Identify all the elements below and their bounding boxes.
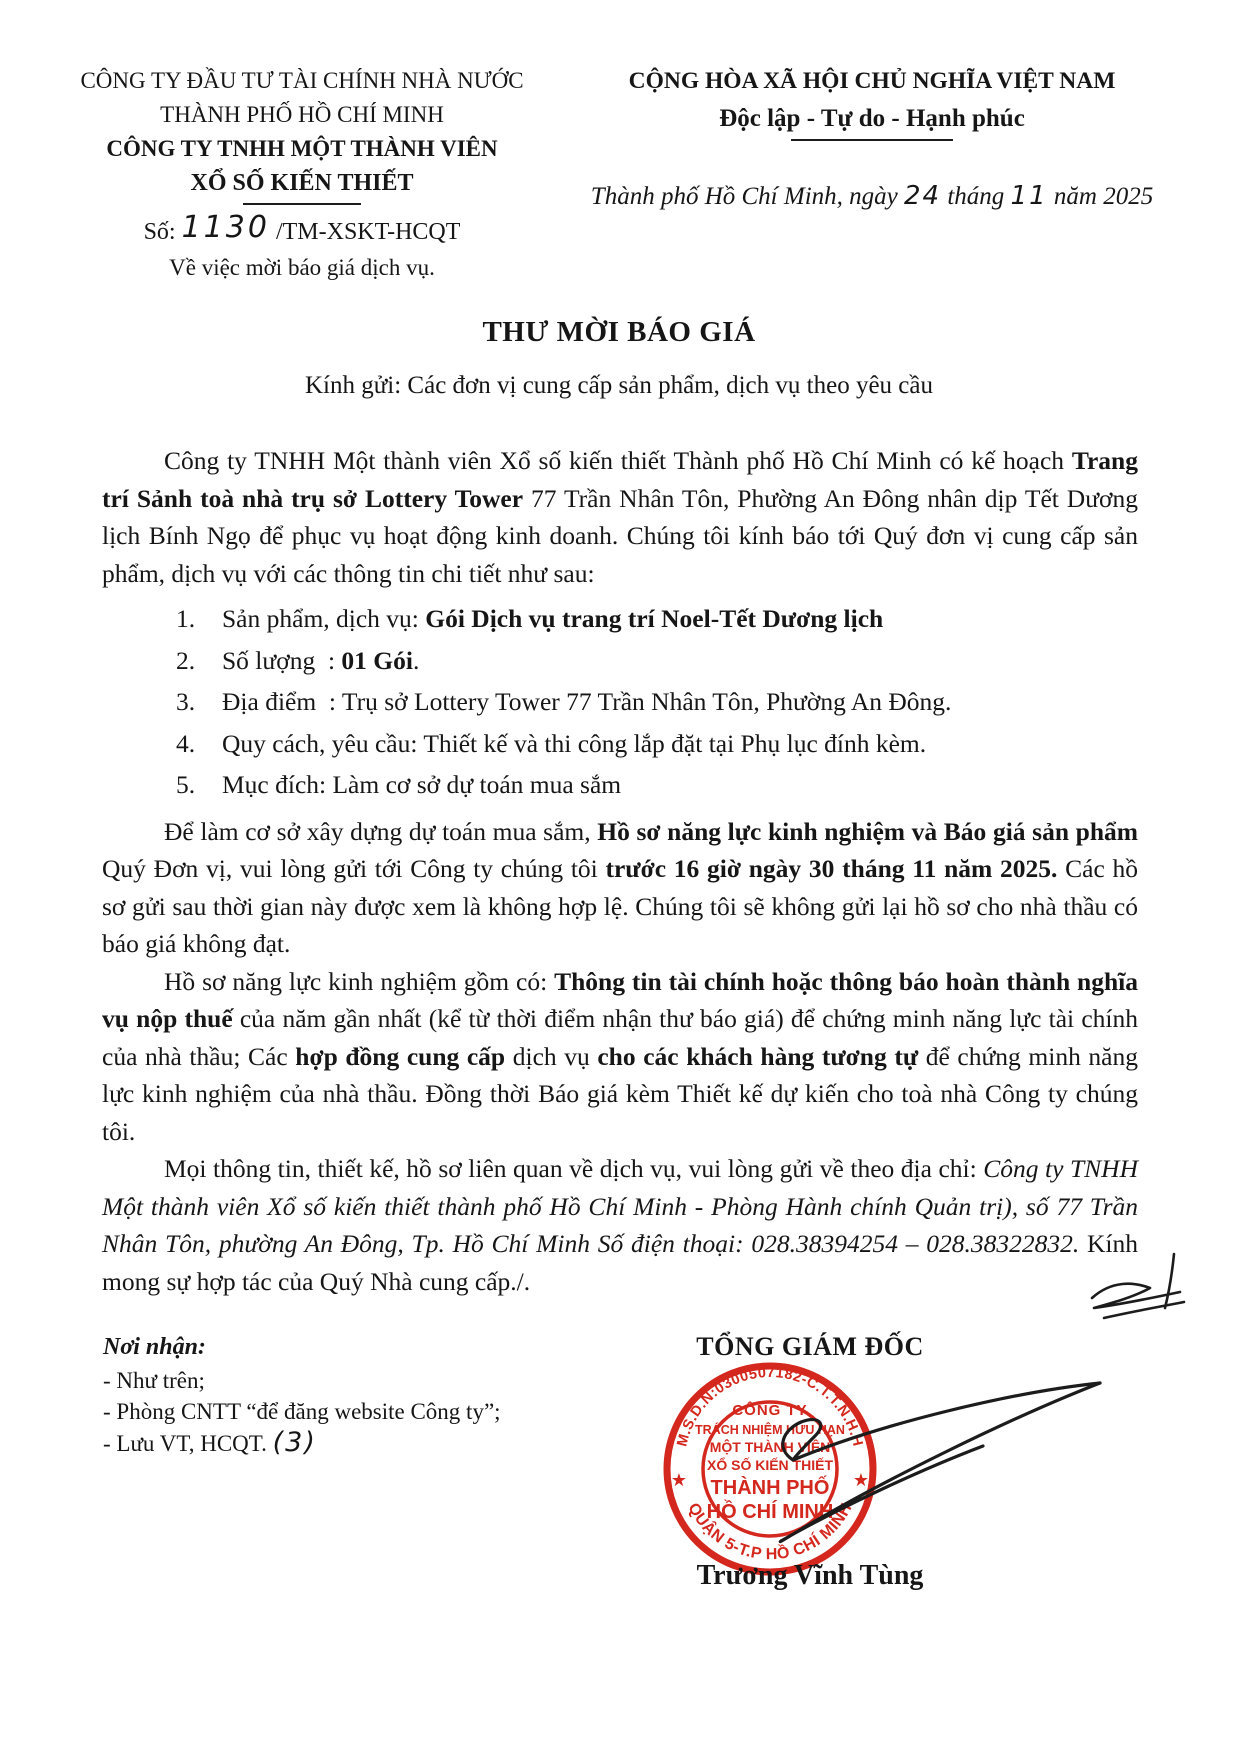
motto-divider	[791, 139, 953, 141]
issuer-company-name-2: XỔ SỐ KIẾN THIẾT	[52, 166, 552, 200]
letter-body: Công ty TNHH Một thành viên Xổ số kiến t…	[102, 442, 1138, 1300]
signature-stroke	[780, 1383, 1100, 1542]
national-motto: Độc lập - Tự do - Hạnh phúc	[582, 102, 1162, 136]
recipient-line: - Phòng CNTT “để đăng website Công ty”;	[103, 1396, 603, 1427]
paragraph-contact: Mọi thông tin, thiết kế, hồ sơ liên quan…	[102, 1150, 1138, 1300]
salutation-line: Kính gửi: Các đơn vị cung cấp sản phẩm, …	[0, 372, 1238, 400]
paragraph-intro: Công ty TNHH Một thành viên Xổ số kiến t…	[102, 442, 1138, 592]
recipient-line: - Lưu VT, HCQT. (3)	[103, 1427, 603, 1459]
signature-ink	[715, 1360, 1145, 1555]
issuer-parent-city: THÀNH PHỐ HỒ CHÍ MINH	[52, 98, 552, 132]
list-item-specs: 4.Quy cách, yêu cầu: Thiết kế và thi côn…	[176, 723, 1138, 765]
paragraph-deadline: Để làm cơ sở xây dựng dự toán mua sắm, H…	[102, 813, 1138, 963]
place-date-line: Thành phố Hồ Chí Minh, ngày 24 tháng 11 …	[582, 179, 1162, 214]
star-icon: ★	[671, 1470, 687, 1490]
list-item-text: Địa điểm : Trụ sở Lottery Tower 77 Trần …	[222, 687, 951, 716]
list-item-number: 4.	[176, 723, 222, 765]
national-header: CỘNG HÒA XÃ HỘI CHỦ NGHĨA VIỆT NAM Độc l…	[582, 64, 1162, 214]
list-item-number: 1.	[176, 598, 222, 640]
signer-name: Trương Vĩnh Tùng	[600, 1560, 1020, 1592]
list-item-text: Mục đích: Làm cơ sở dự toán mua sắm	[222, 770, 621, 799]
list-item-location: 3.Địa điểm : Trụ sở Lottery Tower 77 Trầ…	[176, 681, 1138, 723]
letterhead-divider	[243, 203, 361, 205]
initials-paraph-ink	[1082, 1248, 1197, 1330]
paraph-stroke	[1165, 1254, 1174, 1308]
issuer-company-name: CÔNG TY TNHH MỘT THÀNH VIÊN	[52, 132, 552, 166]
issuer-letterhead: CÔNG TY ĐẦU TƯ TÀI CHÍNH NHÀ NƯỚC THÀNH …	[52, 64, 552, 285]
scanned-letter-page: CÔNG TY ĐẦU TƯ TÀI CHÍNH NHÀ NƯỚC THÀNH …	[0, 0, 1238, 1740]
recipient-line: - Như trên;	[103, 1365, 603, 1396]
document-number-line: Số: 1130 /TM-XSKT-HCQT	[52, 213, 552, 249]
document-subject: Về việc mời báo giá dịch vụ.	[52, 251, 552, 285]
list-item-text: Sản phẩm, dịch vụ: Gói Dịch vụ trang trí…	[222, 604, 883, 633]
detail-list: 1.Sản phẩm, dịch vụ: Gói Dịch vụ trang t…	[102, 598, 1138, 806]
recipients-block: Nơi nhận: - Như trên; - Phòng CNTT “để đ…	[103, 1332, 603, 1459]
list-item-number: 2.	[176, 640, 222, 682]
list-item-text: Quy cách, yêu cầu: Thiết kế và thi công …	[222, 729, 926, 758]
list-item-number: 5.	[176, 764, 222, 806]
national-title: CỘNG HÒA XÃ HỘI CHỦ NGHĨA VIỆT NAM	[582, 64, 1162, 98]
signature-stroke	[783, 1383, 1100, 1460]
list-item-quantity: 2.Số lượng : 01 Gói.	[176, 640, 1138, 682]
recipients-label: Nơi nhận:	[103, 1332, 603, 1363]
list-item-product: 1.Sản phẩm, dịch vụ: Gói Dịch vụ trang t…	[176, 598, 1138, 640]
paragraph-requirements: Hồ sơ năng lực kinh nghiệm gồm có: Thông…	[102, 963, 1138, 1151]
list-item-text: Số lượng : 01 Gói.	[222, 646, 419, 675]
list-item-number: 3.	[176, 681, 222, 723]
page-title: THƯ MỜI BÁO GIÁ	[0, 316, 1238, 349]
list-item-purpose: 5.Mục đích: Làm cơ sở dự toán mua sắm	[176, 764, 1138, 806]
issuer-parent-name: CÔNG TY ĐẦU TƯ TÀI CHÍNH NHÀ NƯỚC	[52, 64, 552, 98]
